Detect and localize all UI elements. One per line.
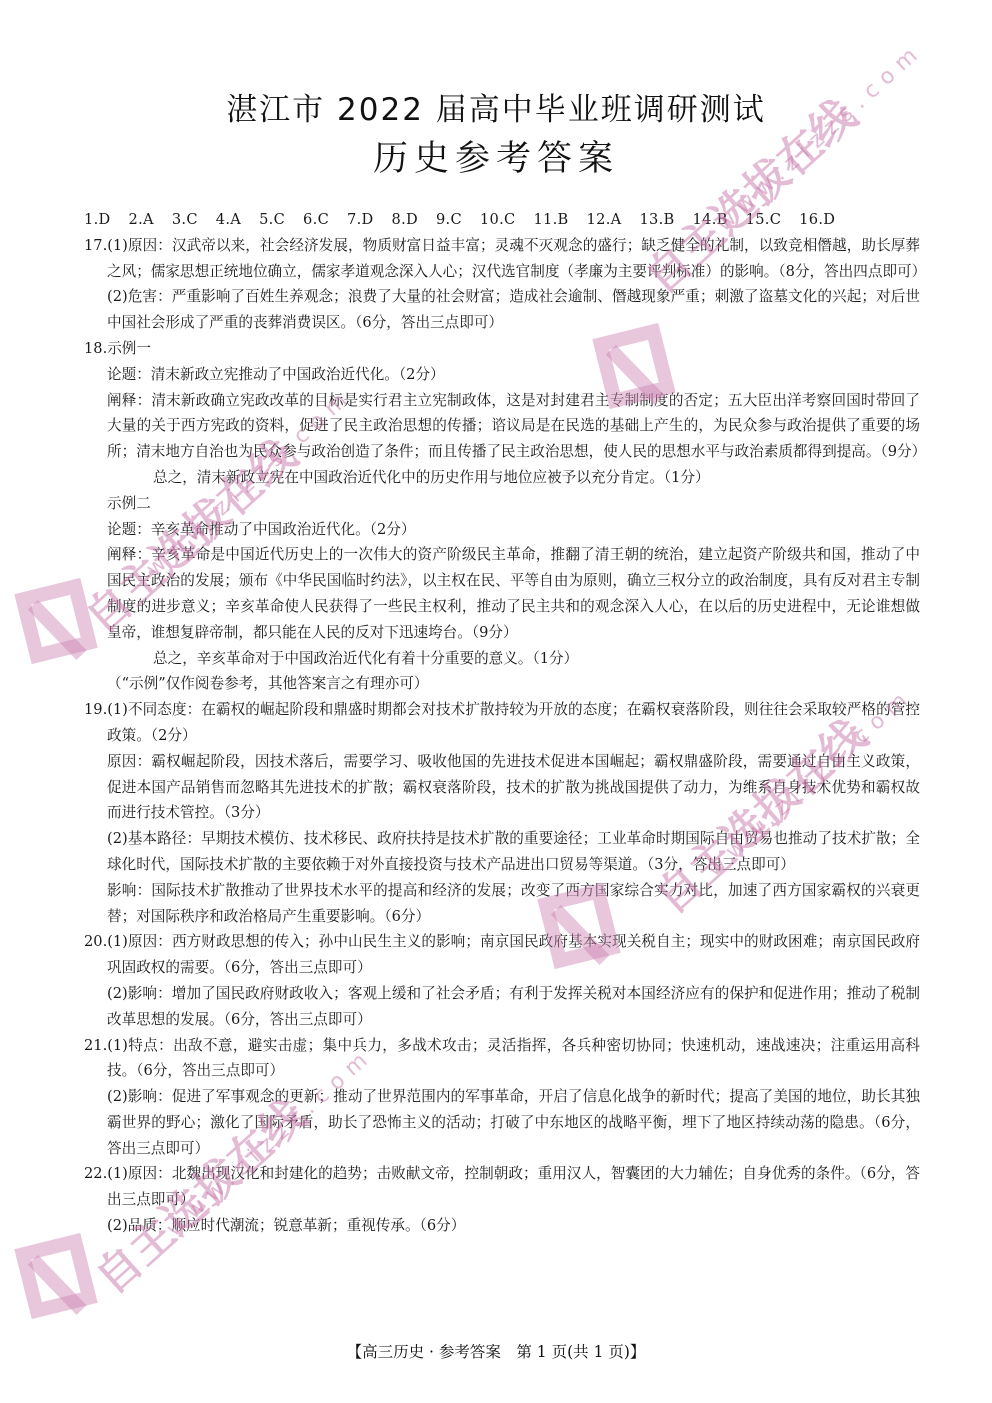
q18-example1-thesis: 论题：清末新政立宪推动了中国政治近代化。（2分）	[84, 362, 920, 388]
q18-heading: 18.示例一	[84, 336, 920, 362]
q19-part1-reason: 原因：霸权崛起阶段，因技术落后，需要学习、吸收他国的先进技术促进本国崛起；霸权鼎…	[84, 749, 920, 826]
q19-part1: 19.(1)不同态度：在霸权的崛起阶段和鼎盛时期都会对技术扩散持较为开放的态度；…	[84, 697, 920, 749]
q20-part2: (2)影响：增加了国民政府财政收入；客观上缓和了社会矛盾；有利于发挥关税对本国经…	[84, 981, 920, 1033]
question-20: 20.(1)原因：西方财政思想的传入；孙中山民生主义的影响；南京国民政府基本实现…	[84, 929, 920, 1032]
question-21: 21.(1)特点：出敌不意，避实击虚；集中兵力，多战术攻击；灵活指挥，各兵种密切…	[84, 1033, 920, 1162]
q18-example1-summary: 总之，清末新政立宪在中国政治近代化中的历史作用与地位应被予以充分肯定。（1分）	[84, 465, 920, 491]
mc-answer: 9.C	[436, 211, 462, 228]
answer-body: 1.D 2.A 3.C 4.A 5.C 6.C 7.D 8.D 9.C 10.C…	[84, 207, 920, 1239]
mc-answer: 11.B	[533, 211, 568, 228]
mc-answer: 3.C	[172, 211, 198, 228]
mc-answer: 14.B	[693, 211, 728, 228]
mc-answer: 7.D	[347, 211, 374, 228]
mc-answer: 4.A	[216, 211, 241, 228]
q18-example2-summary: 总之，辛亥革命对于中国政治近代化有着十分重要的意义。（1分）	[84, 646, 920, 672]
q17-part1: 17.(1)原因：汉武帝以来，社会经济发展，物质财富日益丰富；灵魂不灭观念的盛行…	[84, 233, 920, 285]
question-17: 17.(1)原因：汉武帝以来，社会经济发展，物质财富日益丰富；灵魂不灭观念的盛行…	[84, 233, 920, 336]
q19-part2: (2)基本路径：早期技术模仿、技术移民、政府扶持是技术扩散的重要途径；工业革命时…	[84, 826, 920, 878]
mc-answer: 10.C	[480, 211, 516, 228]
page-footer: 【高三历史 · 参考答案 第 1 页(共 1 页)】	[0, 1340, 992, 1362]
mc-answer: 12.A	[587, 211, 622, 228]
mc-answer: 1.D	[84, 211, 111, 228]
mc-answer: 15.C	[746, 211, 782, 228]
mc-answer: 5.C	[259, 211, 285, 228]
q17-part2: (2)危害：严重影响了百姓生养观念；浪费了大量的社会财富；造成社会逾制、僭越现象…	[84, 284, 920, 336]
q18-example2-thesis: 论题：辛亥革命推动了中国政治近代化。（2分）	[84, 517, 920, 543]
q18-example1-explanation: 阐释：清末新政确立宪政改革的目标是实行君主立宪制政体，这是对封建君主专制制度的否…	[84, 388, 920, 465]
mc-answer: 6.C	[303, 211, 329, 228]
q19-part2-impact: 影响：国际技术扩散推动了世界技术水平的提高和经济的发展；改变了西方国家综合实力对…	[84, 878, 920, 930]
mc-answer: 13.B	[639, 211, 674, 228]
q20-part1: 20.(1)原因：西方财政思想的传入；孙中山民生主义的影响；南京国民政府基本实现…	[84, 929, 920, 981]
q22-part2: (2)品质：顺应时代潮流；锐意革新；重视传承。（6分）	[84, 1213, 920, 1239]
answer-key-page: 湛江市 2022 届高中毕业班调研测试 历史参考答案 1.D 2.A 3.C 4…	[0, 0, 992, 1403]
question-18: 18.示例一 论题：清末新政立宪推动了中国政治近代化。（2分） 阐释：清末新政确…	[84, 336, 920, 697]
q18-example2-explanation: 阐释：辛亥革命是中国近代历史上的一次伟大的资产阶级民主革命，推翻了清王朝的统治，…	[84, 542, 920, 645]
mc-answer: 2.A	[128, 211, 153, 228]
q21-part1: 21.(1)特点：出敌不意，避实击虚；集中兵力，多战术攻击；灵活指挥，各兵种密切…	[84, 1033, 920, 1085]
mc-answer: 8.D	[391, 211, 418, 228]
watermark-logo-icon	[22, 585, 90, 657]
question-19: 19.(1)不同态度：在霸权的崛起阶段和鼎盛时期都会对技术扩散持较为开放的态度；…	[84, 697, 920, 929]
q22-part1: 22.(1)原因：北魏出现汉化和封建化的趋势；击败献文帝，控制朝政；重用汉人，智…	[84, 1161, 920, 1213]
mc-answer: 16.D	[799, 211, 835, 228]
document-subtitle: 历史参考答案	[0, 131, 992, 181]
q21-part2: (2)影响：促进了军事观念的更新；推动了世界范围内的军事革命，开启了信息化战争的…	[84, 1084, 920, 1161]
watermark-logo-icon	[22, 1240, 90, 1312]
exam-title: 湛江市 2022 届高中毕业班调研测试	[0, 84, 992, 129]
question-22: 22.(1)原因：北魏出现汉化和封建化的趋势；击败献文帝，控制朝政；重用汉人，智…	[84, 1161, 920, 1238]
q18-note: （“示例”仅作阅卷参考，其他答案言之有理亦可）	[84, 671, 920, 697]
multiple-choice-answers: 1.D 2.A 3.C 4.A 5.C 6.C 7.D 8.D 9.C 10.C…	[84, 207, 920, 233]
q18-example2-heading: 示例二	[84, 491, 920, 517]
